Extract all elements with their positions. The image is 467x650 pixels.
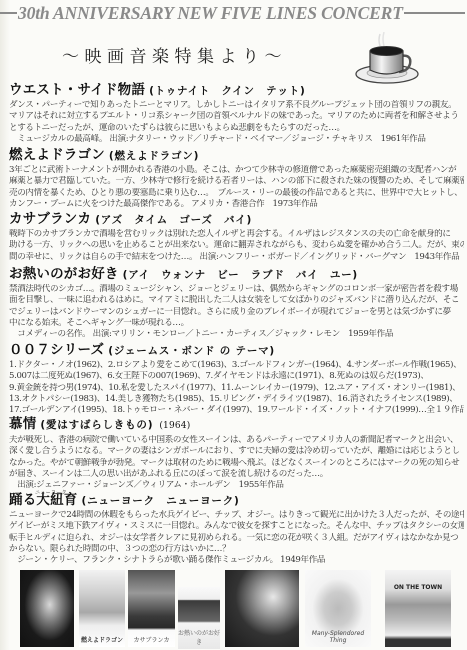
some-like-it-hot-poster: お熱いのがお好き [178,587,220,649]
section-body: 1.ドクター・ノオ(1962)、2.ロシアより愛をこめて(1963)、3.ゴール… [9,360,464,416]
007-poster [225,570,299,647]
section-body: 3年ごとに武術トーナメントが開かれる香港の小島。そこは、かつて少林寺の修道僧であ… [9,165,464,210]
poster-strip: 燃えよドラゴン カサブランカ お熱いのがお好き Many-Splendored … [0,565,467,650]
section-007-series: ００７シリーズ(ジェームス・ボンド の テーマ) 1.ドクター・ノオ(1962)… [9,342,464,416]
section-west-side-story: ウエスト・サイド物語(トゥナイト クイン テット) ダンス・パーティーで知りあっ… [9,82,464,145]
west-side-story-poster [20,570,74,647]
section-body: ダンス・パーティーで知りあったトニーとマリア。しかしトニーはイタリア系不良グルー… [9,100,464,145]
section-body: 戦時下のカサブランカで酒場を営むリックは別れた恋人イルザと再会する。イルザはレジ… [9,229,464,263]
ruby-reading: ニューヨーク [35,485,67,502]
enter-the-dragon-poster: 燃えよドラゴン [79,570,125,647]
coffee-cup-icon [352,32,422,84]
section-title: 燃えよドラゴン(燃えよドラゴン) [9,147,464,165]
section-enter-the-dragon: 燃えよドラゴン(燃えよドラゴン) 3年ごとに武術トーナメントが開かれる香港の小島… [9,147,464,210]
on-the-town-poster: ON THE TOWN [385,570,451,647]
section-body: 夫が戦死し、香港の病院で働いている中国系の女性スーインは、あるパーティーでアメリ… [9,435,464,491]
section-love-is-a-many-splendored-thing: 慕情(愛はすばらしきもの)(1964) 夫が戦死し、香港の病院で働いている中国系… [9,416,464,491]
section-on-the-town: ニューヨーク踊る大紐育(ニューヨーク ニューヨーク) ニューヨークで24時間の休… [9,492,464,566]
section-body: 禁酒法時代のシカゴ…。酒場のミュージシャン、ジョーとジェリーは、偶然からギャング… [9,284,464,340]
section-title: ニューヨーク踊る大紐育(ニューヨーク ニューヨーク) [9,492,464,510]
header-rule-right [404,12,465,14]
section-body: ニューヨークで24時間の休暇をもらった水兵ゲイビー、チップ、オジー。はりきって観… [9,510,464,566]
casablanca-poster: カサブランカ [128,570,175,647]
concert-header: 30th ANNIVERSARY NEW FIVE LINES CONCERT [0,2,467,24]
section-title: ウエスト・サイド物語(トゥナイト クイン テット) [9,82,464,100]
section-some-like-it-hot: お熱いのがお好き(アイ ウォンナ ビー ラブド バイ ユー) 禁酒法時代のシカゴ… [9,266,464,340]
section-title: 慕情(愛はすばらしきもの)(1964) [9,416,464,435]
love-is-a-many-splendored-thing-poster: Many-Splendored Thing [305,570,371,647]
section-title: お熱いのがお好き(アイ ウォンナ ビー ラブド バイ ユー) [9,266,464,284]
section-casablanca: カサブランカ(アズ タイム ゴーズ バイ) 戦時下のカサブランカで酒場を営むリッ… [9,211,464,263]
section-title: ００７シリーズ(ジェームス・ボンド の テーマ) [9,342,464,360]
concert-title: 30th ANNIVERSARY NEW FIVE LINES CONCERT [17,3,404,24]
section-subtitle: 〜映画音楽特集より〜 [62,42,287,67]
header-rule-left [0,12,17,14]
section-title: カサブランカ(アズ タイム ゴーズ バイ) [9,211,464,229]
